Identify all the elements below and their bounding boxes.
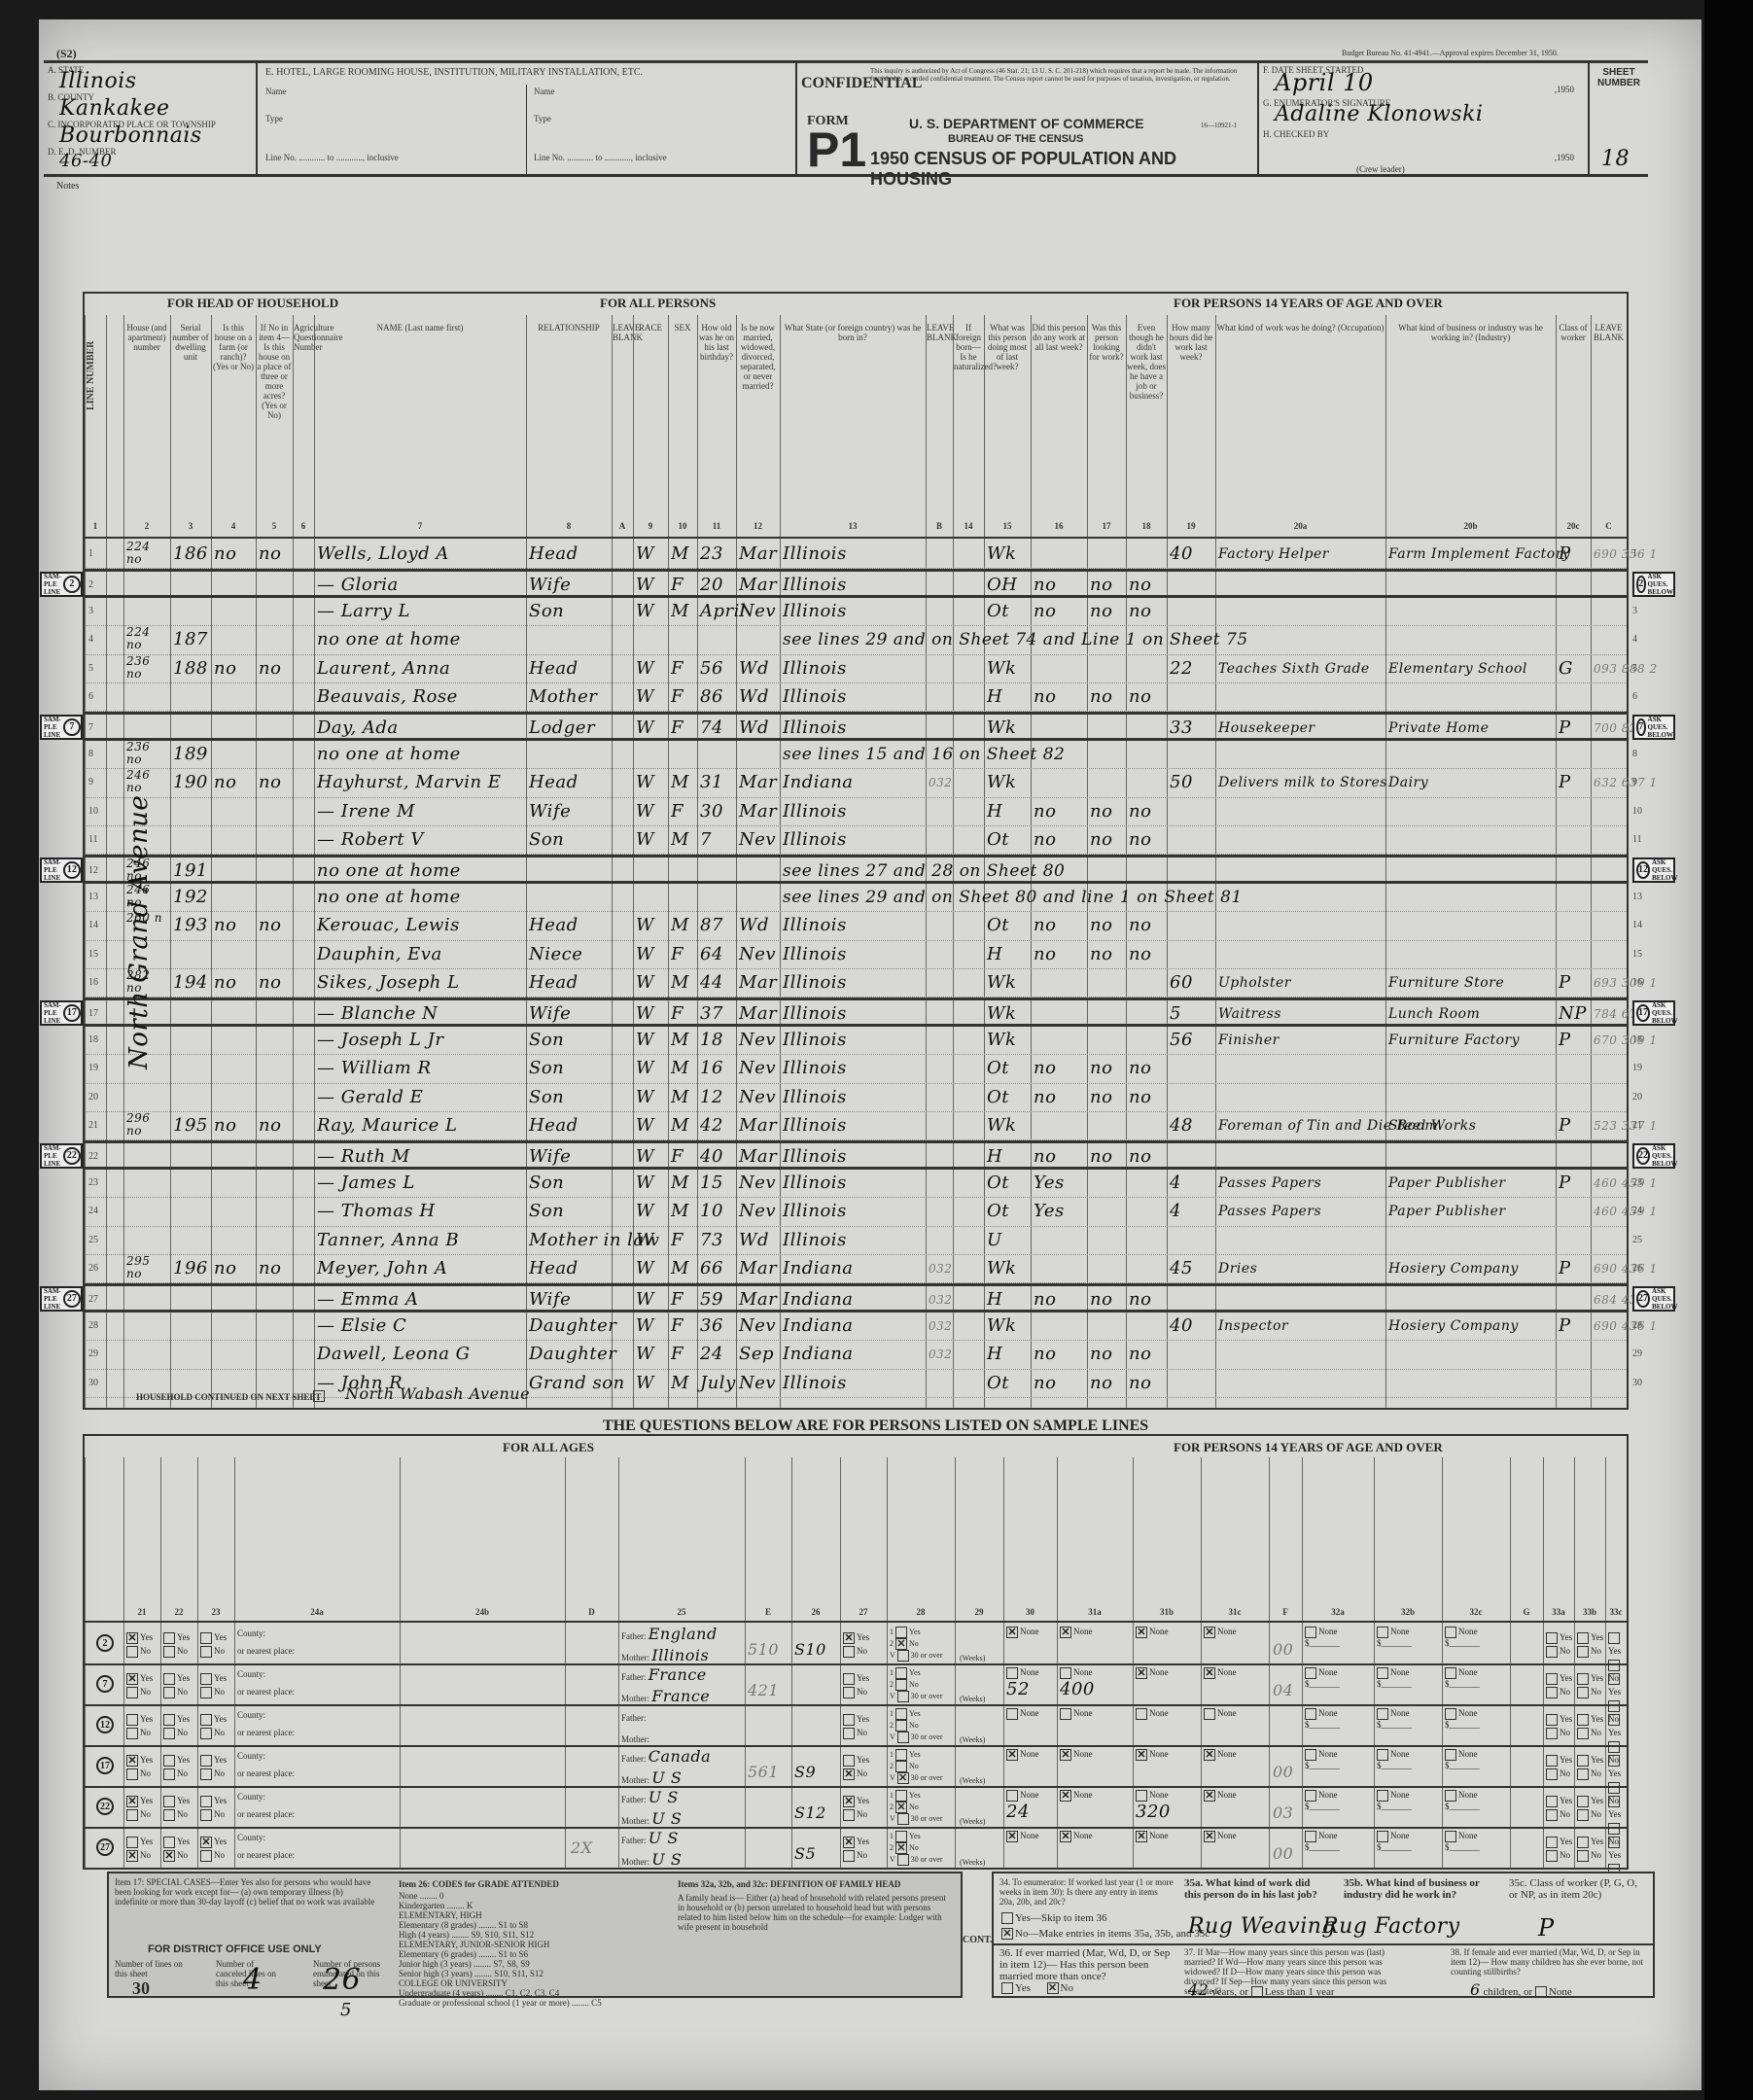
q32-none-checkbox[interactable] — [1305, 1749, 1316, 1761]
sample-line-number: 27 — [96, 1838, 114, 1856]
form-code: (S2) — [56, 47, 77, 61]
cell-age: 56 — [700, 655, 723, 682]
q33-no-checkbox[interactable] — [1546, 1728, 1558, 1739]
q21-yes-checkbox[interactable]: ✕ — [126, 1796, 138, 1807]
q22-yes-checkbox[interactable] — [163, 1755, 175, 1767]
district-office-label: FOR DISTRICT OFFICE USE ONLY — [148, 1943, 322, 1955]
checkbox-label: Yes — [177, 1837, 190, 1846]
q33-yes-checkbox[interactable] — [1577, 1714, 1589, 1726]
cell-activity: H — [987, 798, 1002, 825]
q32-none-checkbox[interactable] — [1305, 1831, 1316, 1842]
q36-yes-checkbox[interactable] — [1001, 1982, 1013, 1994]
q21-no-checkbox[interactable] — [126, 1687, 138, 1698]
q23-no-checkbox[interactable] — [200, 1728, 212, 1739]
q32-none-checkbox[interactable] — [1445, 1667, 1456, 1679]
q23-no-checkbox[interactable] — [200, 1687, 212, 1698]
q28-checkbox[interactable] — [897, 1813, 909, 1825]
scan-edge — [1704, 0, 1753, 2100]
q33-no-checkbox[interactable] — [1546, 1809, 1558, 1821]
q31c-none-checkbox[interactable]: ✕ — [1204, 1831, 1215, 1842]
column-header-rel: RELATIONSHIP — [527, 323, 611, 332]
sample-column-number: 32b — [1374, 1607, 1442, 1617]
cell-hours: 56 — [1170, 1027, 1193, 1054]
line-number-right: 8 — [1632, 749, 1637, 759]
q32-none-checkbox[interactable] — [1377, 1708, 1388, 1720]
line-number-right: 10 — [1632, 806, 1642, 817]
hotel-type-label-2: Type — [534, 114, 551, 123]
section-for-all-ages: FOR ALL AGES — [503, 1440, 594, 1455]
q30-none-checkbox[interactable]: ✕ — [1006, 1627, 1018, 1638]
cell-birthplace: see lines 29 and on Sheet 80 and line 1 … — [783, 884, 1243, 911]
q23-yes-checkbox[interactable] — [200, 1632, 212, 1644]
table-row: 15Dauphin, EvaNieceWF64NevIllinoisHnonon… — [85, 941, 1627, 969]
q33-yes-checkbox[interactable] — [1546, 1714, 1558, 1726]
cell-marital: Wd — [739, 1227, 769, 1254]
special-cases-note: Item 17: SPECIAL CASES—Enter Yes also fo… — [115, 1877, 377, 1907]
cell-serial: 194 — [173, 969, 208, 997]
cell-code: 693 309 1 — [1594, 969, 1658, 997]
q22-yes-checkbox[interactable] — [163, 1673, 175, 1685]
cell-b: 032 — [929, 1286, 952, 1309]
cell-f: 04 — [1273, 1681, 1293, 1699]
sample-column-number: E — [745, 1607, 791, 1617]
cell-sex: M — [671, 1084, 689, 1111]
cell-race: W — [636, 683, 654, 711]
q23-yes-checkbox[interactable] — [200, 1673, 212, 1685]
cell-farm: no — [214, 1112, 236, 1139]
county-label: County: — [237, 1833, 295, 1842]
cell-house: 236 no — [126, 655, 165, 682]
sample-line-number: 12 — [96, 1716, 114, 1733]
q31a-none-checkbox[interactable]: ✕ — [1060, 1627, 1071, 1638]
checkbox-label: No — [857, 1646, 867, 1656]
q30-none-checkbox[interactable] — [1006, 1790, 1018, 1802]
q28-checkbox[interactable] — [895, 1790, 907, 1802]
q33-yes-checkbox[interactable] — [1608, 1837, 1620, 1848]
department: U. S. DEPARTMENT OF COMMERCE — [909, 116, 1144, 131]
line-number-right: 9 — [1632, 777, 1637, 787]
q23-no-checkbox[interactable] — [200, 1646, 212, 1658]
cell-race: W — [636, 541, 654, 568]
column-number: 20c — [1556, 521, 1591, 531]
q31b-none-checkbox[interactable]: ✕ — [1136, 1667, 1147, 1679]
q28-checkbox[interactable] — [895, 1749, 907, 1761]
q31a-none-checkbox[interactable] — [1060, 1667, 1071, 1679]
cell-name: — Robert V — [317, 826, 424, 854]
cell-e: 510 — [748, 1640, 779, 1659]
q22-yes-checkbox[interactable] — [163, 1714, 175, 1726]
q31b-none-checkbox[interactable] — [1136, 1708, 1147, 1720]
q31a-none-checkbox[interactable]: ✕ — [1060, 1749, 1071, 1761]
cell-b: 032 — [929, 1312, 952, 1340]
column-header-serial: Serial number of dwelling unit — [171, 323, 210, 362]
cell-birthplace: Indiana — [783, 1286, 854, 1309]
q28-checkbox[interactable] — [895, 1667, 907, 1679]
cell-q31a: 400 — [1060, 1679, 1095, 1699]
q28-checkbox[interactable] — [895, 1679, 907, 1691]
sample-line-number: 27 — [63, 1290, 81, 1308]
q33-yes-checkbox[interactable] — [1546, 1755, 1558, 1767]
q33-no-checkbox[interactable] — [1577, 1646, 1589, 1658]
q31c-none-checkbox[interactable]: ✕ — [1204, 1667, 1215, 1679]
date-block: f. DATE SHEET STARTED April 10 ,1950 g. … — [1259, 63, 1590, 174]
q30-none-checkbox[interactable] — [1006, 1667, 1018, 1679]
finish-no-checkbox[interactable] — [843, 1850, 855, 1862]
q31a-none-checkbox[interactable]: ✕ — [1060, 1831, 1071, 1842]
cell-code: 093 888 2 — [1594, 655, 1658, 682]
q22-no-checkbox[interactable] — [163, 1768, 175, 1780]
q22-no-checkbox[interactable]: ✕ — [163, 1850, 175, 1862]
q21-yes-checkbox[interactable] — [126, 1837, 138, 1848]
q28-checkbox[interactable] — [897, 1650, 909, 1662]
cell-rel: Daughter — [529, 1312, 616, 1340]
lines-count: 30 — [132, 1978, 150, 1999]
sample-row: 22✕YesNoYesNoYesNoCounty:or nearest plac… — [85, 1788, 1627, 1829]
q32-none-checkbox[interactable] — [1445, 1627, 1456, 1638]
q33-yes-checkbox[interactable] — [1608, 1632, 1620, 1644]
cell-sex: M — [671, 912, 689, 939]
q37-value: 42 — [1188, 1980, 1209, 1999]
finish-no-checkbox[interactable] — [843, 1809, 855, 1821]
cell-race: W — [636, 1027, 654, 1054]
cell-race: W — [636, 1084, 654, 1111]
cell-activity: Wk — [987, 541, 1016, 568]
cell-house: 236 no — [126, 741, 165, 768]
finish-no-checkbox[interactable] — [843, 1728, 855, 1739]
sample-column-number: 33a — [1543, 1607, 1574, 1617]
column-header-industry: What kind of business or industry was he… — [1386, 323, 1555, 342]
q33-no-checkbox[interactable] — [1577, 1850, 1589, 1862]
cell-q18: no — [1129, 1143, 1151, 1166]
cell-q18: no — [1129, 798, 1151, 825]
persons-note: 5 — [340, 2000, 352, 2020]
q31a-none-checkbox[interactable] — [1060, 1708, 1071, 1720]
q28-checkbox[interactable] — [895, 1708, 907, 1720]
father-birthplace: U S — [649, 1788, 679, 1806]
q28-checkbox[interactable] — [897, 1691, 909, 1702]
line-number: 20 — [88, 1092, 98, 1102]
q22-yes-checkbox[interactable] — [163, 1632, 175, 1644]
q33-no-checkbox[interactable] — [1577, 1809, 1589, 1821]
none-label: None — [1020, 1708, 1039, 1718]
q31c-none-checkbox[interactable]: ✕ — [1204, 1790, 1215, 1802]
q28-checkbox[interactable]: ✕ — [895, 1842, 907, 1854]
q32-none-checkbox[interactable] — [1377, 1831, 1388, 1842]
cell-name: — Larry L — [317, 598, 410, 625]
q32-none-checkbox[interactable] — [1305, 1667, 1316, 1679]
cell-industry: Furniture Store — [1388, 969, 1504, 997]
cell-industry: Hosiery Company — [1388, 1312, 1519, 1340]
cell-marital: Mar — [739, 969, 777, 997]
q33-yes-checkbox[interactable] — [1608, 1714, 1620, 1726]
cell-race: W — [636, 598, 654, 625]
cell-race: W — [636, 941, 654, 968]
q33-no-checkbox[interactable] — [1546, 1768, 1558, 1780]
line-number: 11 — [88, 834, 98, 845]
mother-label: Mother: — [621, 1653, 649, 1662]
cell-age: 87 — [700, 912, 723, 939]
q33-yes-checkbox[interactable] — [1577, 1673, 1589, 1685]
q33-yes-checkbox[interactable] — [1608, 1755, 1620, 1767]
cell-age: 10 — [700, 1198, 723, 1225]
hotel-label: e. HOTEL, LARGE ROOMING HOUSE, INSTITUTI… — [265, 67, 643, 78]
cell-occupation: Passes Papers — [1218, 1198, 1321, 1225]
cell-age: 36 — [700, 1312, 723, 1340]
none-label: None — [1149, 1831, 1169, 1840]
cell-sex: F — [671, 655, 684, 682]
cell-q17: no — [1090, 598, 1112, 625]
line-number-right: 15 — [1632, 949, 1642, 960]
q36-label: 36. If ever married (Mar, Wd, D, or Sep … — [999, 1947, 1175, 1982]
q32-none-checkbox[interactable] — [1305, 1790, 1316, 1802]
cell-birthplace: Illinois — [783, 541, 847, 568]
q33-yes-checkbox[interactable] — [1546, 1673, 1558, 1685]
table-row: 21296 no195nonoRay, Maurice LHeadWM42Mar… — [85, 1112, 1627, 1140]
q34-yes-checkbox[interactable] — [1001, 1912, 1013, 1924]
finish-no-checkbox[interactable] — [843, 1687, 855, 1698]
q31c-none-checkbox[interactable]: ✕ — [1204, 1749, 1215, 1761]
checkbox-label: Yes — [1560, 1714, 1572, 1724]
q23-no-checkbox[interactable] — [200, 1850, 212, 1862]
q31b-none-checkbox[interactable]: ✕ — [1136, 1749, 1147, 1761]
q21-yes-checkbox[interactable]: ✕ — [126, 1673, 138, 1685]
q22-no-checkbox[interactable] — [163, 1687, 175, 1698]
ask-line-number: 2 — [1636, 576, 1646, 593]
q32-none-checkbox[interactable] — [1445, 1831, 1456, 1842]
q38-none-checkbox[interactable] — [1535, 1986, 1547, 1998]
q22-no-checkbox[interactable] — [163, 1728, 175, 1739]
q31c-none-checkbox[interactable]: ✕ — [1204, 1627, 1215, 1638]
cell-birthplace: Illinois — [783, 826, 847, 854]
q30-none-checkbox[interactable] — [1006, 1708, 1018, 1720]
finish-no-checkbox[interactable]: ✕ — [843, 1768, 855, 1780]
column-header-sex: SEX — [669, 323, 696, 332]
checkbox-label: Yes — [1608, 1646, 1621, 1656]
checkbox-label: No — [1591, 1687, 1601, 1697]
cell-house — [126, 1198, 165, 1225]
q32-none-checkbox[interactable] — [1445, 1708, 1456, 1720]
q22-yes-checkbox[interactable] — [163, 1796, 175, 1807]
finish-yes-checkbox[interactable] — [843, 1714, 855, 1726]
cell-name: — Irene M — [317, 798, 415, 825]
finish-yes-checkbox[interactable] — [843, 1673, 855, 1685]
q32-none-checkbox[interactable] — [1377, 1749, 1388, 1761]
cell-race: W — [636, 715, 654, 737]
cell-marital: Nev — [739, 941, 776, 968]
q37-less-checkbox[interactable] — [1251, 1986, 1263, 1998]
q21-yes-checkbox[interactable] — [126, 1714, 138, 1726]
cell-age: July — [700, 1370, 736, 1397]
q33-no-checkbox[interactable] — [1546, 1646, 1558, 1658]
q22-no-checkbox[interactable] — [163, 1646, 175, 1658]
cell-f: 00 — [1273, 1763, 1293, 1781]
none-label: None — [1217, 1627, 1237, 1636]
line-number: 29 — [88, 1348, 98, 1359]
checkbox-label: No — [1560, 1768, 1570, 1778]
q31a-none-checkbox[interactable]: ✕ — [1060, 1790, 1071, 1802]
q33-yes-checkbox[interactable] — [1577, 1796, 1589, 1807]
none-label: None — [1458, 1627, 1478, 1636]
finish-no-checkbox[interactable] — [843, 1646, 855, 1658]
cell-rel: Head — [529, 769, 578, 796]
q22-no-checkbox[interactable] — [163, 1809, 175, 1821]
finish-yes-checkbox[interactable]: ✕ — [843, 1837, 855, 1848]
q23-no-checkbox[interactable] — [200, 1768, 212, 1780]
sample-line-number: 12 — [63, 861, 81, 879]
q28-checkbox[interactable]: ✕ — [897, 1772, 909, 1784]
q21-no-checkbox[interactable] — [126, 1768, 138, 1780]
cell-house — [126, 683, 165, 711]
q21-no-checkbox[interactable] — [126, 1728, 138, 1739]
column-header-house: House (and apartment) number — [124, 323, 169, 352]
cell-q16: Yes — [1034, 1170, 1065, 1197]
q23-yes-checkbox[interactable] — [200, 1796, 212, 1807]
q35a-label: 35a. What kind of work did this person d… — [1184, 1877, 1320, 1901]
cell-sex: F — [671, 941, 684, 968]
q33-yes-checkbox[interactable] — [1608, 1796, 1620, 1807]
q33-yes-checkbox[interactable] — [1546, 1837, 1558, 1848]
q35c-value: P — [1538, 1914, 1555, 1942]
line-number-right: 26 — [1632, 1263, 1642, 1274]
q21-no-checkbox[interactable]: ✕ — [126, 1850, 138, 1862]
q33-yes-checkbox[interactable] — [1546, 1632, 1558, 1644]
q32-none-checkbox[interactable] — [1445, 1749, 1456, 1761]
cell-class: G — [1559, 655, 1573, 682]
cell-q16: no — [1034, 572, 1056, 594]
table-row: 12246 no191no one at homesee lines 27 an… — [85, 855, 1627, 883]
q31c-none-checkbox[interactable] — [1204, 1708, 1215, 1720]
line-number-right: 3 — [1632, 606, 1637, 616]
cell-age: 7 — [700, 826, 712, 854]
column-header-q18: Even though he didn't work last week, do… — [1127, 323, 1166, 401]
sheet-number-block: SHEET NUMBER 18 — [1590, 63, 1648, 174]
cell-race: W — [636, 1170, 654, 1197]
lines-count-label: Number of lines on this sheet — [115, 1959, 183, 1978]
q36-no-checkbox[interactable]: ✕ — [1047, 1982, 1059, 1994]
q28-checkbox[interactable] — [895, 1831, 907, 1842]
cell-house — [126, 572, 165, 594]
q21-yes-checkbox[interactable]: ✕ — [126, 1755, 138, 1767]
household-continued-checkbox[interactable] — [313, 1390, 325, 1402]
ask-questions-badge: 22ASK QUES. BELOW — [1632, 1143, 1675, 1169]
checkbox-label: No — [177, 1646, 188, 1656]
q31b-none-checkbox[interactable]: ✕ — [1136, 1627, 1147, 1638]
cell-d: 2X — [571, 1838, 593, 1857]
q32-none-checkbox[interactable] — [1377, 1667, 1388, 1679]
q33-no-checkbox[interactable] — [1546, 1687, 1558, 1698]
cell-marital: Nev — [739, 1170, 776, 1197]
q32-none-checkbox[interactable] — [1445, 1790, 1456, 1802]
cell-birthplace: Illinois — [783, 912, 847, 939]
sample-column-number: 30 — [1003, 1607, 1057, 1617]
q23-yes-checkbox[interactable] — [200, 1714, 212, 1726]
q23-yes-checkbox[interactable] — [200, 1755, 212, 1767]
q32-none-checkbox[interactable] — [1377, 1627, 1388, 1638]
q28-checkbox[interactable] — [895, 1627, 907, 1638]
checkbox-label: No — [140, 1768, 151, 1778]
q33-no-checkbox[interactable] — [1577, 1687, 1589, 1698]
finish-yes-checkbox[interactable]: ✕ — [843, 1632, 855, 1644]
q30-none-checkbox[interactable]: ✕ — [1006, 1831, 1018, 1842]
q31b-none-checkbox[interactable]: ✕ — [1136, 1831, 1147, 1842]
sample-column-number: 29 — [955, 1607, 1003, 1617]
q33-no-checkbox[interactable] — [1577, 1728, 1589, 1739]
cell-name: — Emma A — [317, 1286, 418, 1309]
cell-industry: Dairy — [1388, 769, 1428, 796]
q33-yes-checkbox[interactable] — [1546, 1796, 1558, 1807]
cell-name: Day, Ada — [317, 715, 399, 737]
checkbox-label: No — [1560, 1809, 1570, 1819]
column-number: 9 — [633, 521, 668, 531]
checkbox-label: Yes — [214, 1755, 227, 1765]
cell-class: P — [1559, 969, 1571, 997]
q22-yes-checkbox[interactable] — [163, 1837, 175, 1848]
q33-yes-checkbox[interactable] — [1608, 1673, 1620, 1685]
q21-no-checkbox[interactable] — [126, 1809, 138, 1821]
line-number-right: 24 — [1632, 1206, 1642, 1216]
cell-age: 37 — [700, 1000, 723, 1023]
cell-hours: 5 — [1170, 1000, 1181, 1023]
ask-questions-badge: 27ASK QUES. BELOW — [1632, 1286, 1675, 1312]
q28-checkbox[interactable]: ✕ — [895, 1802, 907, 1813]
q33-yes-checkbox[interactable] — [1577, 1837, 1589, 1848]
q23-no-checkbox[interactable] — [200, 1809, 212, 1821]
cell-name: Meyer, John A — [317, 1255, 447, 1282]
checkbox-label: Yes — [1591, 1714, 1603, 1724]
ask-line-number: 7 — [1636, 718, 1646, 736]
q33-no-checkbox[interactable] — [1546, 1850, 1558, 1862]
q28-checkbox[interactable]: ✕ — [895, 1638, 907, 1650]
q28-checkbox[interactable] — [897, 1732, 909, 1743]
checkbox-label: No — [1560, 1850, 1570, 1860]
q33-yes-checkbox[interactable] — [1577, 1755, 1589, 1767]
checkbox-label: Yes — [1608, 1809, 1621, 1819]
finish-yes-checkbox[interactable]: ✕ — [843, 1796, 855, 1807]
q30-none-checkbox[interactable]: ✕ — [1006, 1749, 1018, 1761]
finish-yes-checkbox[interactable] — [843, 1755, 855, 1767]
q32-none-checkbox[interactable] — [1305, 1708, 1316, 1720]
q32-none-checkbox[interactable] — [1377, 1790, 1388, 1802]
county-label: County: — [237, 1669, 295, 1679]
mother-birthplace: Illinois — [651, 1646, 709, 1664]
q33-yes-checkbox[interactable] — [1577, 1632, 1589, 1644]
checkbox-label: No — [177, 1768, 188, 1778]
cell-b: 032 — [929, 1255, 952, 1282]
q31b-none-checkbox[interactable] — [1136, 1790, 1147, 1802]
mother-birthplace: France — [651, 1687, 710, 1705]
cell-activity: Wk — [987, 1312, 1016, 1340]
cell-name: no one at home — [317, 741, 461, 768]
q21-no-checkbox[interactable] — [126, 1646, 138, 1658]
q28-checkbox[interactable] — [895, 1720, 907, 1732]
line-number-right: 5 — [1632, 663, 1637, 674]
q33-no-checkbox[interactable] — [1577, 1768, 1589, 1780]
q28-checkbox[interactable] — [895, 1761, 907, 1772]
q28-checkbox[interactable] — [897, 1854, 909, 1866]
cell-hours: 45 — [1170, 1255, 1193, 1282]
sample-column-number: G — [1510, 1607, 1543, 1617]
cell-name: — Gloria — [317, 572, 399, 594]
cell-activity: OH — [987, 572, 1017, 594]
table-row: 4224 no187no one at homesee lines 29 and… — [85, 626, 1627, 654]
cell-serial: 186 — [173, 541, 208, 568]
sample-column-number: 31a — [1057, 1607, 1133, 1617]
q21-yes-checkbox[interactable]: ✕ — [126, 1632, 138, 1644]
q34-no-checkbox[interactable]: ✕ — [1001, 1928, 1013, 1940]
q23-yes-checkbox[interactable]: ✕ — [200, 1837, 212, 1848]
none-label: None — [1458, 1667, 1478, 1677]
q32-none-checkbox[interactable] — [1305, 1627, 1316, 1638]
